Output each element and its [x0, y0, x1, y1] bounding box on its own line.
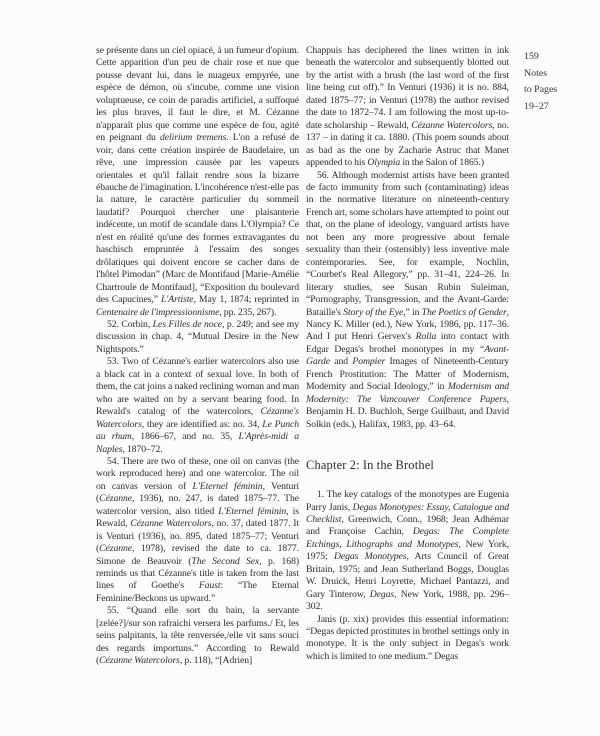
chapter-2-heading: Chapter 2: In the Brothel	[306, 458, 509, 472]
note-54: 54. There are two of these, one oil on c…	[96, 456, 299, 605]
running-margin-note: 159 Notesto Pages19–27	[524, 49, 557, 115]
left-text-column: se présente dans un ciel opiacé, à un fu…	[96, 45, 299, 668]
note-55: 55. “Quand elle sort du bain, la servant…	[96, 605, 299, 667]
right-text-column: Chappuis has deciphered the lines writte…	[306, 45, 509, 663]
chapter-2-note-1: 1. The key catalogs of the monotypes are…	[306, 489, 509, 614]
note-55-continuation-text: Chappuis has deciphered the lines writte…	[306, 45, 509, 170]
book-page: se présente dans un ciel opiacé, à un fu…	[0, 0, 600, 736]
page-number: 159	[524, 49, 557, 66]
note-51-continuation-text: se présente dans un ciel opiacé, à un fu…	[96, 45, 299, 319]
margin-label-line: Notes	[524, 66, 557, 83]
margin-label-line: to Pages	[524, 82, 557, 99]
margin-label-line: 19–27	[524, 99, 557, 116]
note-52: 52. Corbin, Les Filles de noce, p. 249; …	[96, 319, 299, 356]
chapter-2-note-1-addendum: Janis (p. xix) provides this essential i…	[306, 614, 509, 664]
note-56: 56. Although modernist artists have been…	[306, 170, 509, 432]
note-53: 53. Two of Cézanne's earlier watercolors…	[96, 356, 299, 456]
margin-label: Notesto Pages19–27	[524, 66, 557, 116]
